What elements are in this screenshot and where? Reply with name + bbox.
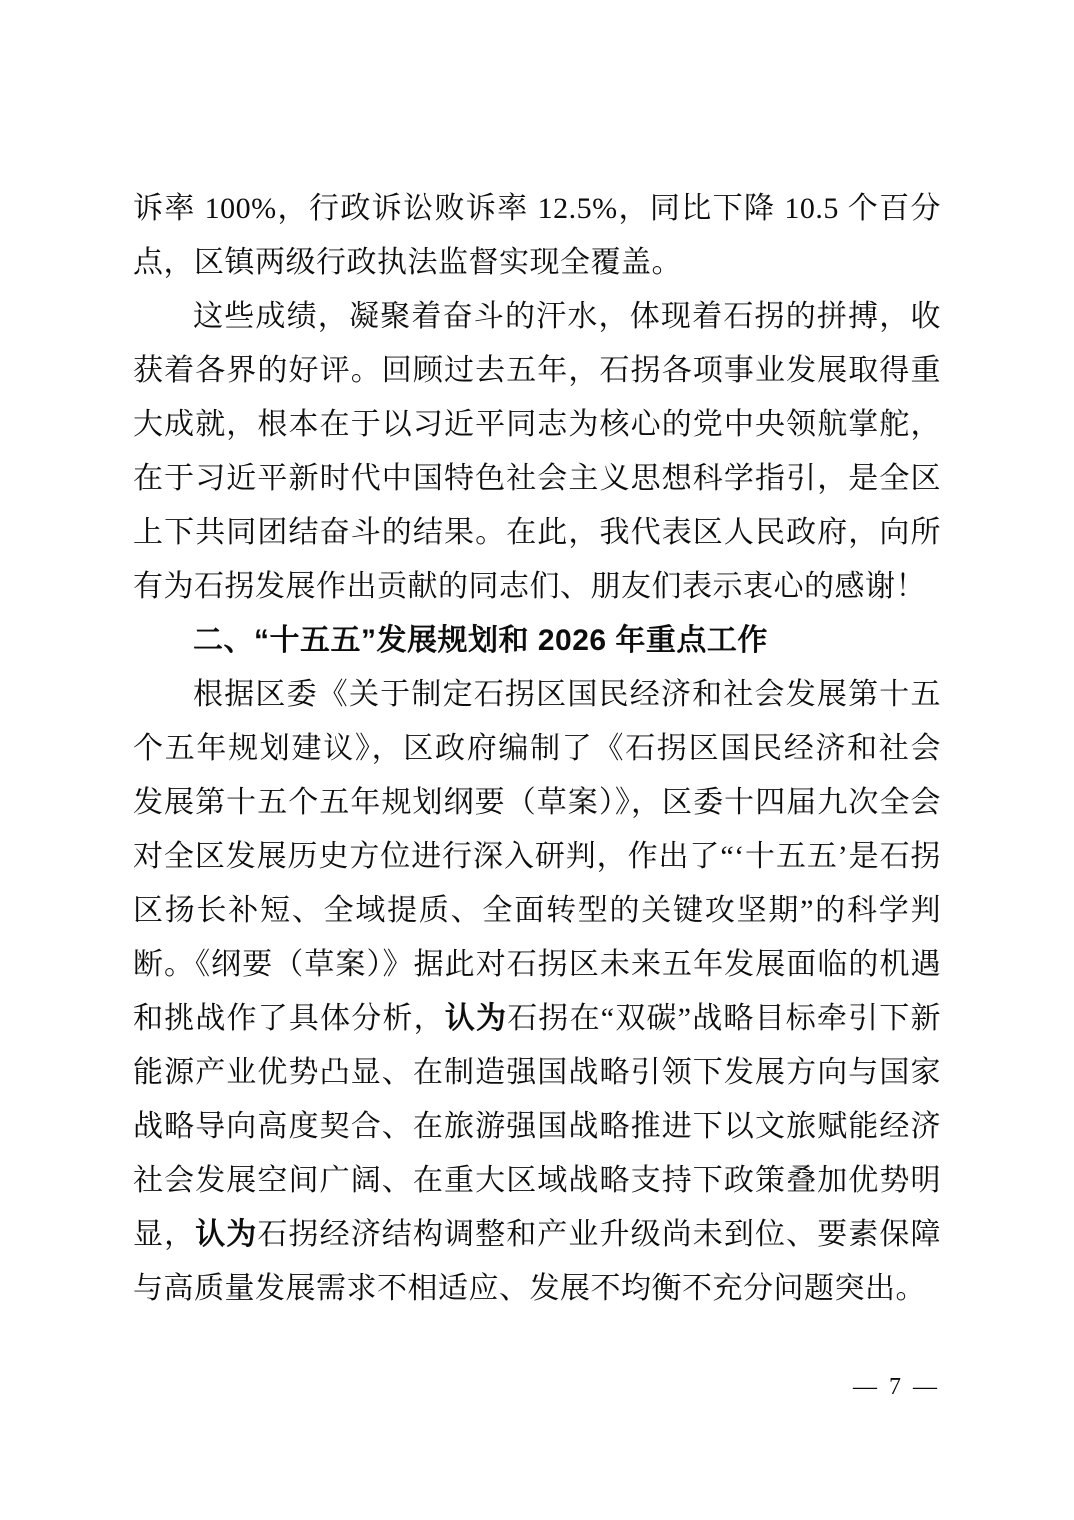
plan-text-segment-2: 石拐在“双碳”战略目标牵引下新能源产业优势凸显、在制造强国战略引领下发展方向与国… [133, 1002, 941, 1251]
plan-text-segment-1: 根据区委《关于制定石拐区国民经济和社会发展第十五个五年规划建议》，区政府编制了《… [133, 678, 941, 1035]
paragraph-continuation: 诉率 100%，行政诉讼败诉率 12.5%，同比下降 10.5 个百分点，区镇两… [133, 182, 941, 290]
document-page: 诉率 100%，行政诉讼败诉率 12.5%，同比下降 10.5 个百分点，区镇两… [0, 0, 1074, 1520]
document-body: 诉率 100%，行政诉讼败诉率 12.5%，同比下降 10.5 个百分点，区镇两… [133, 182, 941, 1316]
paragraph-plan: 根据区委《关于制定石拐区国民经济和社会发展第十五个五年规划建议》，区政府编制了《… [133, 668, 941, 1316]
paragraph-achievements: 这些成绩，凝聚着奋斗的汗水，体现着石拐的拼搏，收获着各界的好评。回顾过去五年，石… [133, 290, 941, 614]
plan-bold-renwei-1: 认为 [445, 1002, 507, 1035]
plan-bold-renwei-2: 认为 [195, 1218, 257, 1251]
section-heading: 二、“十五五”发展规划和 2026 年重点工作 [133, 614, 941, 668]
page-number: — 7 — [853, 1372, 940, 1402]
